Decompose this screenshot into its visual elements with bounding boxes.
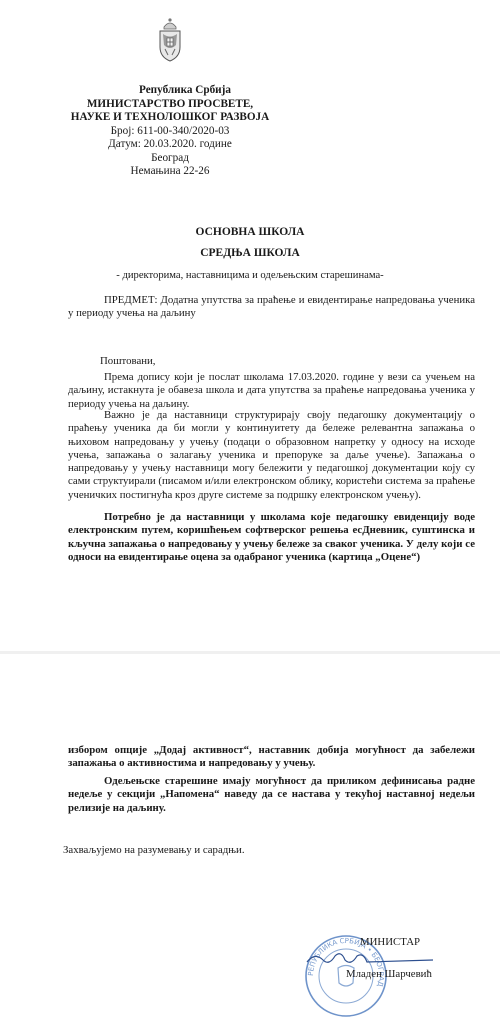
- addressee-secondary-school: СРЕДЊА ШКОЛА: [0, 247, 500, 259]
- serbia-coat-of-arms-icon: [157, 17, 183, 63]
- paragraph-3: Потребно је да наставници у школама које…: [68, 511, 475, 564]
- recipients-line: - директорима, наставницима и одељењским…: [0, 270, 500, 281]
- city: Београд: [0, 152, 340, 166]
- paragraph-1: Према допису који је послат школама 17.0…: [68, 371, 475, 411]
- paragraph-2-text: Важно је да наставници структурирају сво…: [68, 409, 475, 501]
- ministry-name-line2: НАУКЕ И ТЕХНОЛОШКОГ РАЗВОЈА: [0, 111, 340, 125]
- page2-paragraph: Одељењске старешине имају могућност да п…: [68, 775, 475, 815]
- addressee-primary-school: ОСНОВНА ШКОЛА: [0, 226, 500, 238]
- document-page-1: Република Србија МИНИСТАРСТВО ПРОСВЕТЕ, …: [0, 0, 500, 651]
- document-date: Датум: 20.03.2020. године: [0, 138, 340, 152]
- signatory-name: Младен Шарчевић: [346, 968, 432, 980]
- address: Немањина 22-26: [0, 165, 340, 179]
- handwritten-signature: [305, 950, 435, 968]
- page2-paragraph-text: Одељењске старешине имају могућност да п…: [68, 775, 475, 814]
- paragraph-2: Важно је да наставници структурирају сво…: [68, 409, 475, 502]
- paragraph-1-text: Према допису који је послат школама 17.0…: [68, 371, 475, 410]
- document-number: Број: 611-00-340/2020-03: [0, 125, 340, 139]
- country-name: Република Србија: [0, 84, 340, 98]
- ministry-name-line1: МИНИСТАРСТВО ПРОСВЕТЕ,: [0, 98, 340, 112]
- subject-text: ПРЕДМЕТ: Додатна упутства за праћење и е…: [68, 294, 475, 319]
- greeting: Поштовани,: [100, 355, 500, 368]
- subject-paragraph: ПРЕДМЕТ: Додатна упутства за праћење и е…: [68, 294, 475, 321]
- closing-thanks: Захваљујемо на разумевању и сарадњи.: [63, 844, 245, 856]
- signatory-title: МИНИСТАР: [360, 936, 420, 948]
- letterhead: Република Србија МИНИСТАРСТВО ПРОСВЕТЕ, …: [0, 84, 340, 179]
- paragraph-3-text: Потребно је да наставници у школама које…: [68, 511, 475, 563]
- page2-continuation: избором опције „Додај активност“, настав…: [68, 744, 475, 771]
